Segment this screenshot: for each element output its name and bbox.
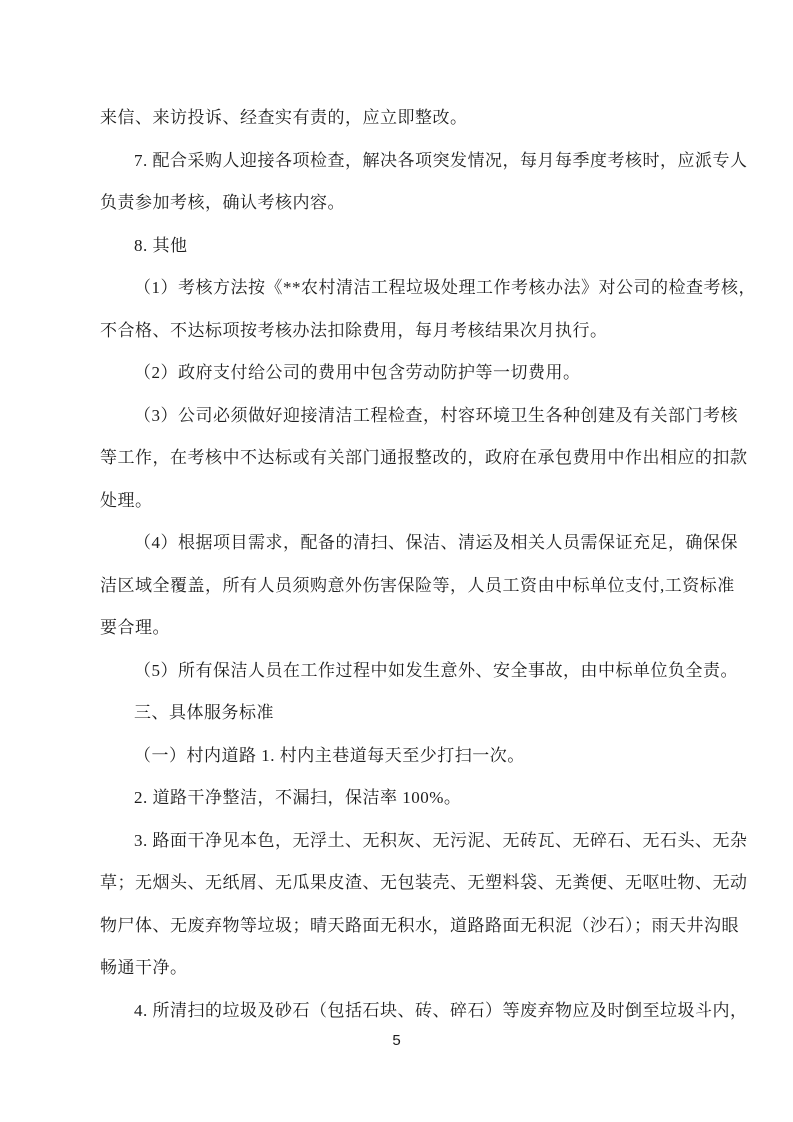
text-line: 三、具体服务标准: [100, 692, 695, 735]
text-line: 3. 路面干净见本色，无浮土、无积灰、无污泥、无砖瓦、无碎石、无石头、无杂: [100, 820, 695, 863]
text-line: （4）根据项目需求，配备的清扫、保洁、清运及相关人员需保证充足，确保保: [100, 522, 695, 565]
text-line: （一）村内道路 1. 村内主巷道每天至少打扫一次。: [100, 735, 695, 778]
text-line: 畅通干净。: [100, 947, 695, 990]
text-line: 负责参加考核，确认考核内容。: [100, 182, 695, 225]
text-line: 不合格、不达标项按考核办法扣除费用，每月考核结果次月执行。: [100, 310, 695, 353]
text-line: （5）所有保洁人员在工作过程中如发生意外、安全事故，由中标单位负全责。: [100, 650, 695, 693]
text-line: （1）考核方法按《**农村清洁工程垃圾处理工作考核办法》对公司的检查考核，: [100, 267, 695, 310]
page-number: 5: [0, 1031, 793, 1051]
text-line: （2）政府支付给公司的费用中包含劳动防护等一切费用。: [100, 352, 695, 395]
text-line: 物尸体、无废弃物等垃圾；晴天路面无积水，道路路面无积泥（沙石）；雨天井沟眼: [100, 905, 695, 948]
text-line: 草；无烟头、无纸屑、无瓜果皮渣、无包装壳、无塑料袋、无粪便、无呕吐物、无动: [100, 862, 695, 905]
text-line: 洁区域全覆盖，所有人员须购意外伤害保险等，人员工资由中标单位支付,工资标准: [100, 565, 695, 608]
text-line: 要合理。: [100, 607, 695, 650]
document-page: 来信、来访投诉、经查实有责的，应立即整改。7. 配合采购人迎接各项检查，解决各项…: [0, 0, 793, 1122]
text-line: 8. 其他: [100, 225, 695, 268]
text-line: 等工作，在考核中不达标或有关部门通报整改的，政府在承包费用中作出相应的扣款: [100, 437, 695, 480]
text-line: 7. 配合采购人迎接各项检查，解决各项突发情况，每月每季度考核时，应派专人: [100, 140, 695, 183]
text-line: 2. 道路干净整洁，不漏扫，保洁率 100%。: [100, 777, 695, 820]
text-line: 处理。: [100, 480, 695, 523]
text-line: 4. 所清扫的垃圾及砂石（包括石块、砖、碎石）等废弃物应及时倒至垃圾斗内，: [100, 990, 695, 1033]
text-line: 来信、来访投诉、经查实有责的，应立即整改。: [100, 97, 695, 140]
document-body: 来信、来访投诉、经查实有责的，应立即整改。7. 配合采购人迎接各项检查，解决各项…: [100, 97, 695, 1032]
text-line: （3）公司必须做好迎接清洁工程检查，村容环境卫生各种创建及有关部门考核: [100, 395, 695, 438]
